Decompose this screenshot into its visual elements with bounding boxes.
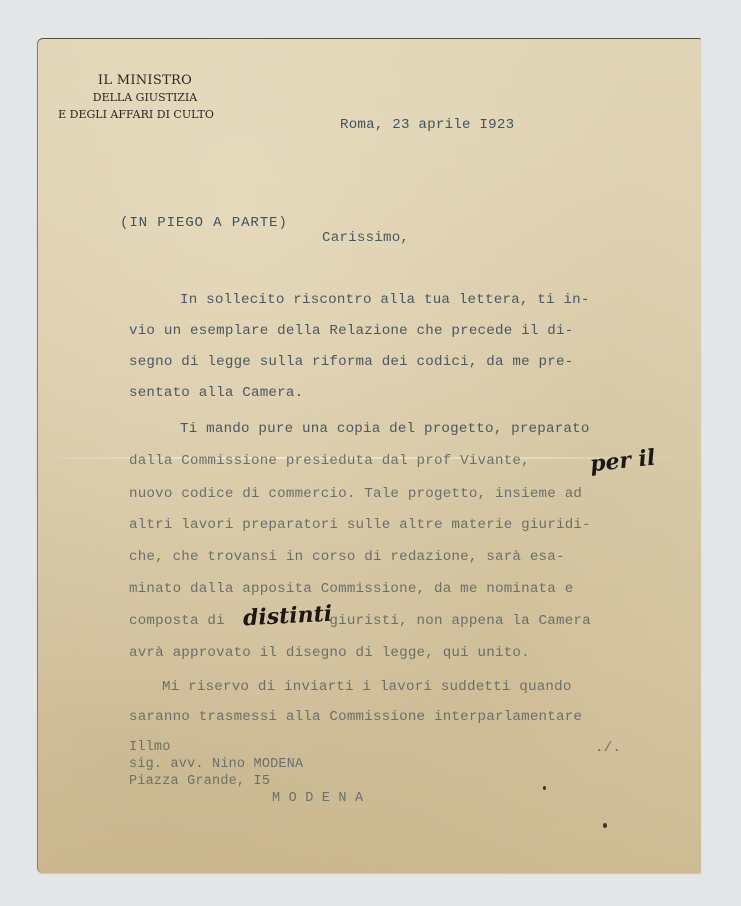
- body-line-5: Ti mando pure una copia del progetto, pr…: [180, 421, 590, 437]
- ministry-letterhead: IL MINISTRO DELLA GIUSTIZIA E DEGLI AFFA…: [55, 72, 235, 123]
- address-line-3: Piazza Grande, I5: [129, 774, 270, 789]
- body-line-11: composta di giuristi, non appena la Came…: [129, 613, 591, 629]
- handwritten-insertion-distinti: distinti: [242, 601, 332, 632]
- body-line-6: dalla Commissione presieduta dal prof Vi…: [129, 453, 530, 469]
- address-line-1: Illmo: [129, 740, 171, 755]
- date-line: Roma, 23 aprile I923: [340, 117, 514, 133]
- body-line-14: saranno trasmessi alla Commissione inter…: [129, 709, 582, 725]
- body-line-12: avrà approvato il disegno di legge, qui …: [129, 645, 530, 661]
- delivery-notation: (IN PIEGO A PARTE): [120, 215, 288, 231]
- ink-spot: [603, 823, 607, 828]
- body-line-1: In sollecito riscontro alla tua lettera,…: [180, 292, 590, 308]
- body-line-3: segno di legge sulla riforma dei codici,…: [129, 354, 573, 370]
- body-line-10: minato dalla apposita Commissione, da me…: [129, 581, 573, 597]
- address-line-4: M O D E N A: [272, 791, 363, 806]
- letterhead-line-3: E DEGLI AFFARI DI CULTO: [37, 106, 235, 123]
- continuation-mark: ./.: [595, 740, 621, 756]
- body-line-8: altri lavori preparatori sulle altre mat…: [129, 517, 591, 533]
- body-line-9: che, che trovansi in corso di redazione,…: [129, 549, 565, 565]
- letterhead-line-1: IL MINISTRO: [55, 72, 235, 89]
- address-line-2: sig. avv. Nino MODENA: [129, 757, 303, 772]
- body-line-2: vio un esemplare della Relazione che pre…: [129, 323, 573, 339]
- ink-spot: [543, 786, 546, 790]
- body-line-13: Mi riservo di inviarti i lavori suddetti…: [162, 679, 572, 695]
- salutation: Carissimo,: [322, 230, 409, 246]
- body-line-7: nuovo codice di commercio. Tale progetto…: [129, 486, 582, 502]
- body-line-4: sentato alla Camera.: [129, 385, 303, 401]
- letterhead-line-2: DELLA GIUSTIZIA: [55, 89, 235, 106]
